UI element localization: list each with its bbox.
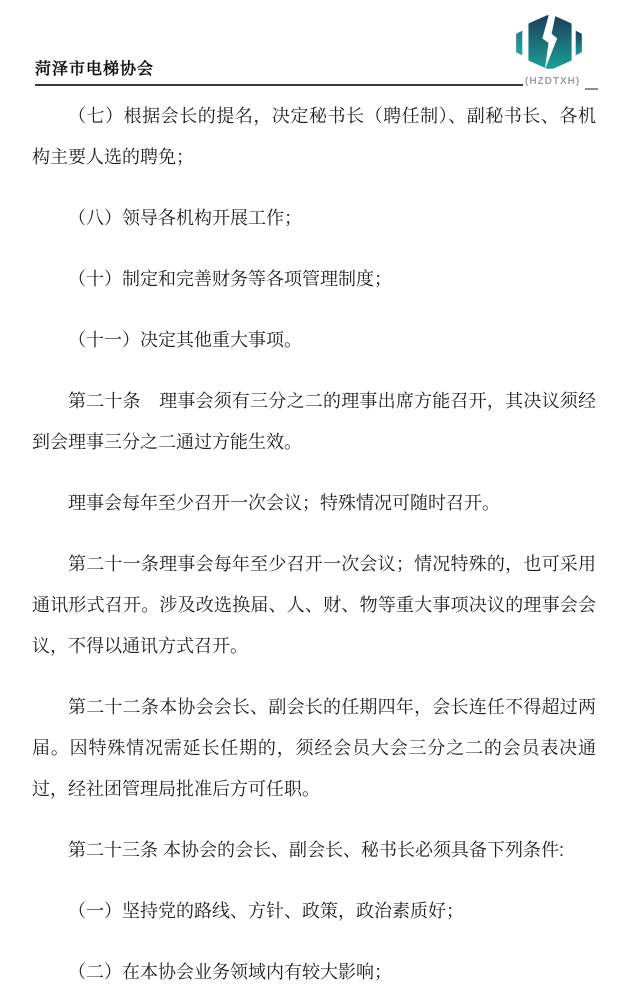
paragraph: （七）根据会长的提名，决定秘书长（聘任制）、副秘书长、各机构主要人选的聘免；: [32, 96, 596, 178]
document-body: （七）根据会长的提名，决定秘书长（聘任制）、副秘书长、各机构主要人选的聘免；（八…: [32, 96, 596, 1005]
org-name: 菏泽市电梯协会: [35, 56, 154, 79]
paragraph: （二）在本协会业务领域内有较大影响；: [32, 952, 596, 993]
paragraph: （十一）决定其他重大事项。: [32, 320, 596, 361]
paragraph: （十）制定和完善财务等各项管理制度；: [32, 259, 596, 300]
paragraph: （一）坚持党的路线、方针、政策，政治素质好；: [32, 891, 596, 932]
paragraph: 第二十一条理事会每年至少召开一次会议；情况特殊的，也可采用通讯形式召开。涉及改选…: [32, 544, 596, 667]
paragraph: （八）领导各机构开展工作；: [32, 198, 596, 239]
association-logo-icon: [511, 11, 587, 73]
logo-caption: (HZDTXH): [525, 76, 580, 87]
header-divider: [35, 84, 523, 86]
caption-underline: [585, 88, 598, 90]
paragraph: 第二十三条 本协会的会长、副会长、秘书长必须具备下列条件:: [32, 830, 596, 871]
document-page: 菏泽市电梯协会 (HZDTXH) （七）根据会长的提名，决定秘书长（聘任制）、副…: [0, 0, 626, 1005]
paragraph: 理事会每年至少召开一次会议；特殊情况可随时召开。: [32, 483, 596, 524]
paragraph: 第二十条 理事会须有三分之二的理事出席方能召开，其决议须经到会理事三分之二通过方…: [32, 381, 596, 463]
paragraph: 第二十二条本协会会长、副会长的任期四年，会长连任不得超过两届。因特殊情况需延长任…: [32, 687, 596, 810]
